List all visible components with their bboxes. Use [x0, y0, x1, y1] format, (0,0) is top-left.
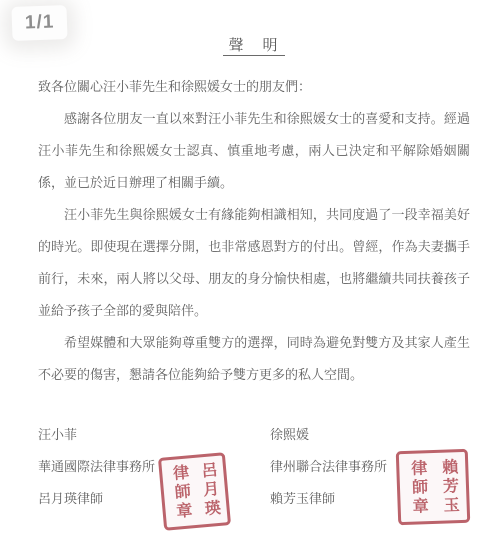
paragraph-relationship: 汪小菲先生與徐熙媛女士有緣能夠相識相知，共同度過了一段幸福美好的時光。即使現在選…	[38, 199, 470, 327]
lawyer-name: 呂月瑛律師	[38, 483, 270, 515]
paragraph-privacy-request: 希望媒體和大眾能夠尊重雙方的選擇，同時為避免對雙方及其家人產生不必要的傷害，懇請…	[38, 327, 470, 391]
seal-right-column-text: 呂月瑛	[198, 461, 219, 519]
salutation-line: 致各位關心汪小菲先生和徐熙媛女士的朋友們：	[38, 71, 470, 103]
seal-left-column-text: 律師章	[170, 464, 191, 522]
statement-title-text: 聲 明	[223, 38, 284, 56]
party-name: 徐熙媛	[270, 419, 470, 451]
lawyer-seal-stamp-left: 呂月瑛 律師章	[158, 452, 231, 531]
statement-document: 聲 明 致各位關心汪小菲先生和徐熙媛女士的朋友們： 感謝各位朋友一直以來對汪小菲…	[38, 34, 470, 515]
lawyer-seal-stamp-right: 賴芳玉 律師章	[396, 449, 471, 525]
party-name: 汪小菲	[38, 419, 270, 451]
seal-left-column-text: 律師章	[409, 459, 427, 517]
paragraph-divorce-decision: 感謝各位朋友一直以來對汪小菲先生和徐熙媛女士的喜愛和支持。經過汪小菲先生和徐熙媛…	[38, 103, 470, 199]
seal-right-column-text: 賴芳玉	[440, 458, 458, 516]
statement-title: 聲 明	[38, 34, 470, 55]
law-firm-name: 華通國際法律事務所	[38, 451, 270, 483]
signature-block-wang: 汪小菲 華通國際法律事務所 呂月瑛律師	[38, 419, 270, 515]
